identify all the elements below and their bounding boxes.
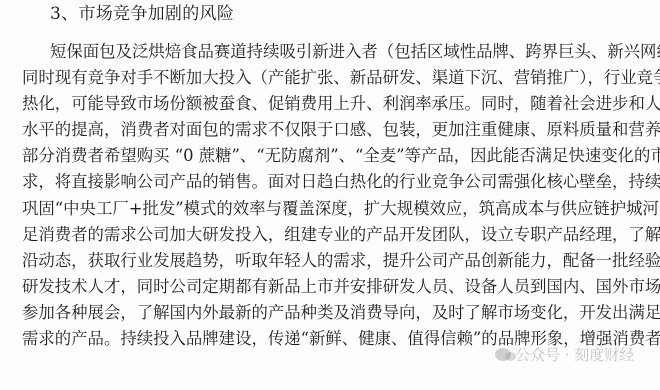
- document-page: 3、市场竞争加剧的风险 短保面包及泛烘焙食品赛道持续吸引新进入者（包括区域性品牌…: [0, 0, 660, 390]
- paragraph-line: 求，将直接影响公司产品的销售。面对日趋白热化的行业竞争公司需强化核心壁垒，持续优…: [22, 169, 642, 195]
- paragraph-line: 部分消费者希望购买 “0 蔗糖”、“无防腐剂”、“全麦”等产品，因此能否满足快速…: [22, 143, 642, 169]
- paragraph-line: 同时现有竞争对手不断加大投入（产能扩张、新品研发、渠道下沉、营销推广），行业竞争…: [22, 65, 642, 91]
- paragraph-line: 短保面包及泛烘焙食品赛道持续吸引新进入者（包括区域性品牌、跨界巨头、新兴网红品牌…: [22, 39, 642, 65]
- paragraph-line: 热化，可能导致市场份额被蚕食、促销费用上升、利润率承压。同时，随着社会进步和人民…: [22, 91, 642, 117]
- paragraph-line: 水平的提高，消费者对面包的需求不仅限于口感、包装，更加注重健康、原料质量和营养价…: [22, 117, 642, 143]
- paragraph-line: 研发技术人才，同时公司定期都有新品上市并安排研发人员、设备人员到国内、国外市场调…: [22, 274, 642, 300]
- risk-paragraph: 短保面包及泛烘焙食品赛道持续吸引新进入者（包括区域性品牌、跨界巨头、新兴网红品牌…: [22, 39, 642, 352]
- watermark: 公众号 · 刻度财经: [495, 344, 634, 365]
- section-heading: 3、市场竞争加剧的风险: [50, 2, 234, 26]
- paragraph-line: 参加各种展会，了解国内外最新的产品种类及消费导向，及时了解市场变化，开发出满足消…: [22, 300, 642, 326]
- wechat-icon: [495, 348, 511, 361]
- paragraph-line: 足消费者的需求公司加大研发投入，组建专业的产品开发团队，设立专职产品经理，了解烘…: [22, 222, 642, 248]
- watermark-text: 公众号 · 刻度财经: [515, 344, 634, 365]
- paragraph-line: 巩固“中央工厂+批发”模式的效率与覆盖深度，扩大规模效应，筑高成本与供应链护城河…: [22, 196, 642, 222]
- paragraph-line: 沿动态，获取行业发展趋势，听取年轻人的需求，提升公司产品创新能力，配备一批经验丰…: [22, 248, 642, 274]
